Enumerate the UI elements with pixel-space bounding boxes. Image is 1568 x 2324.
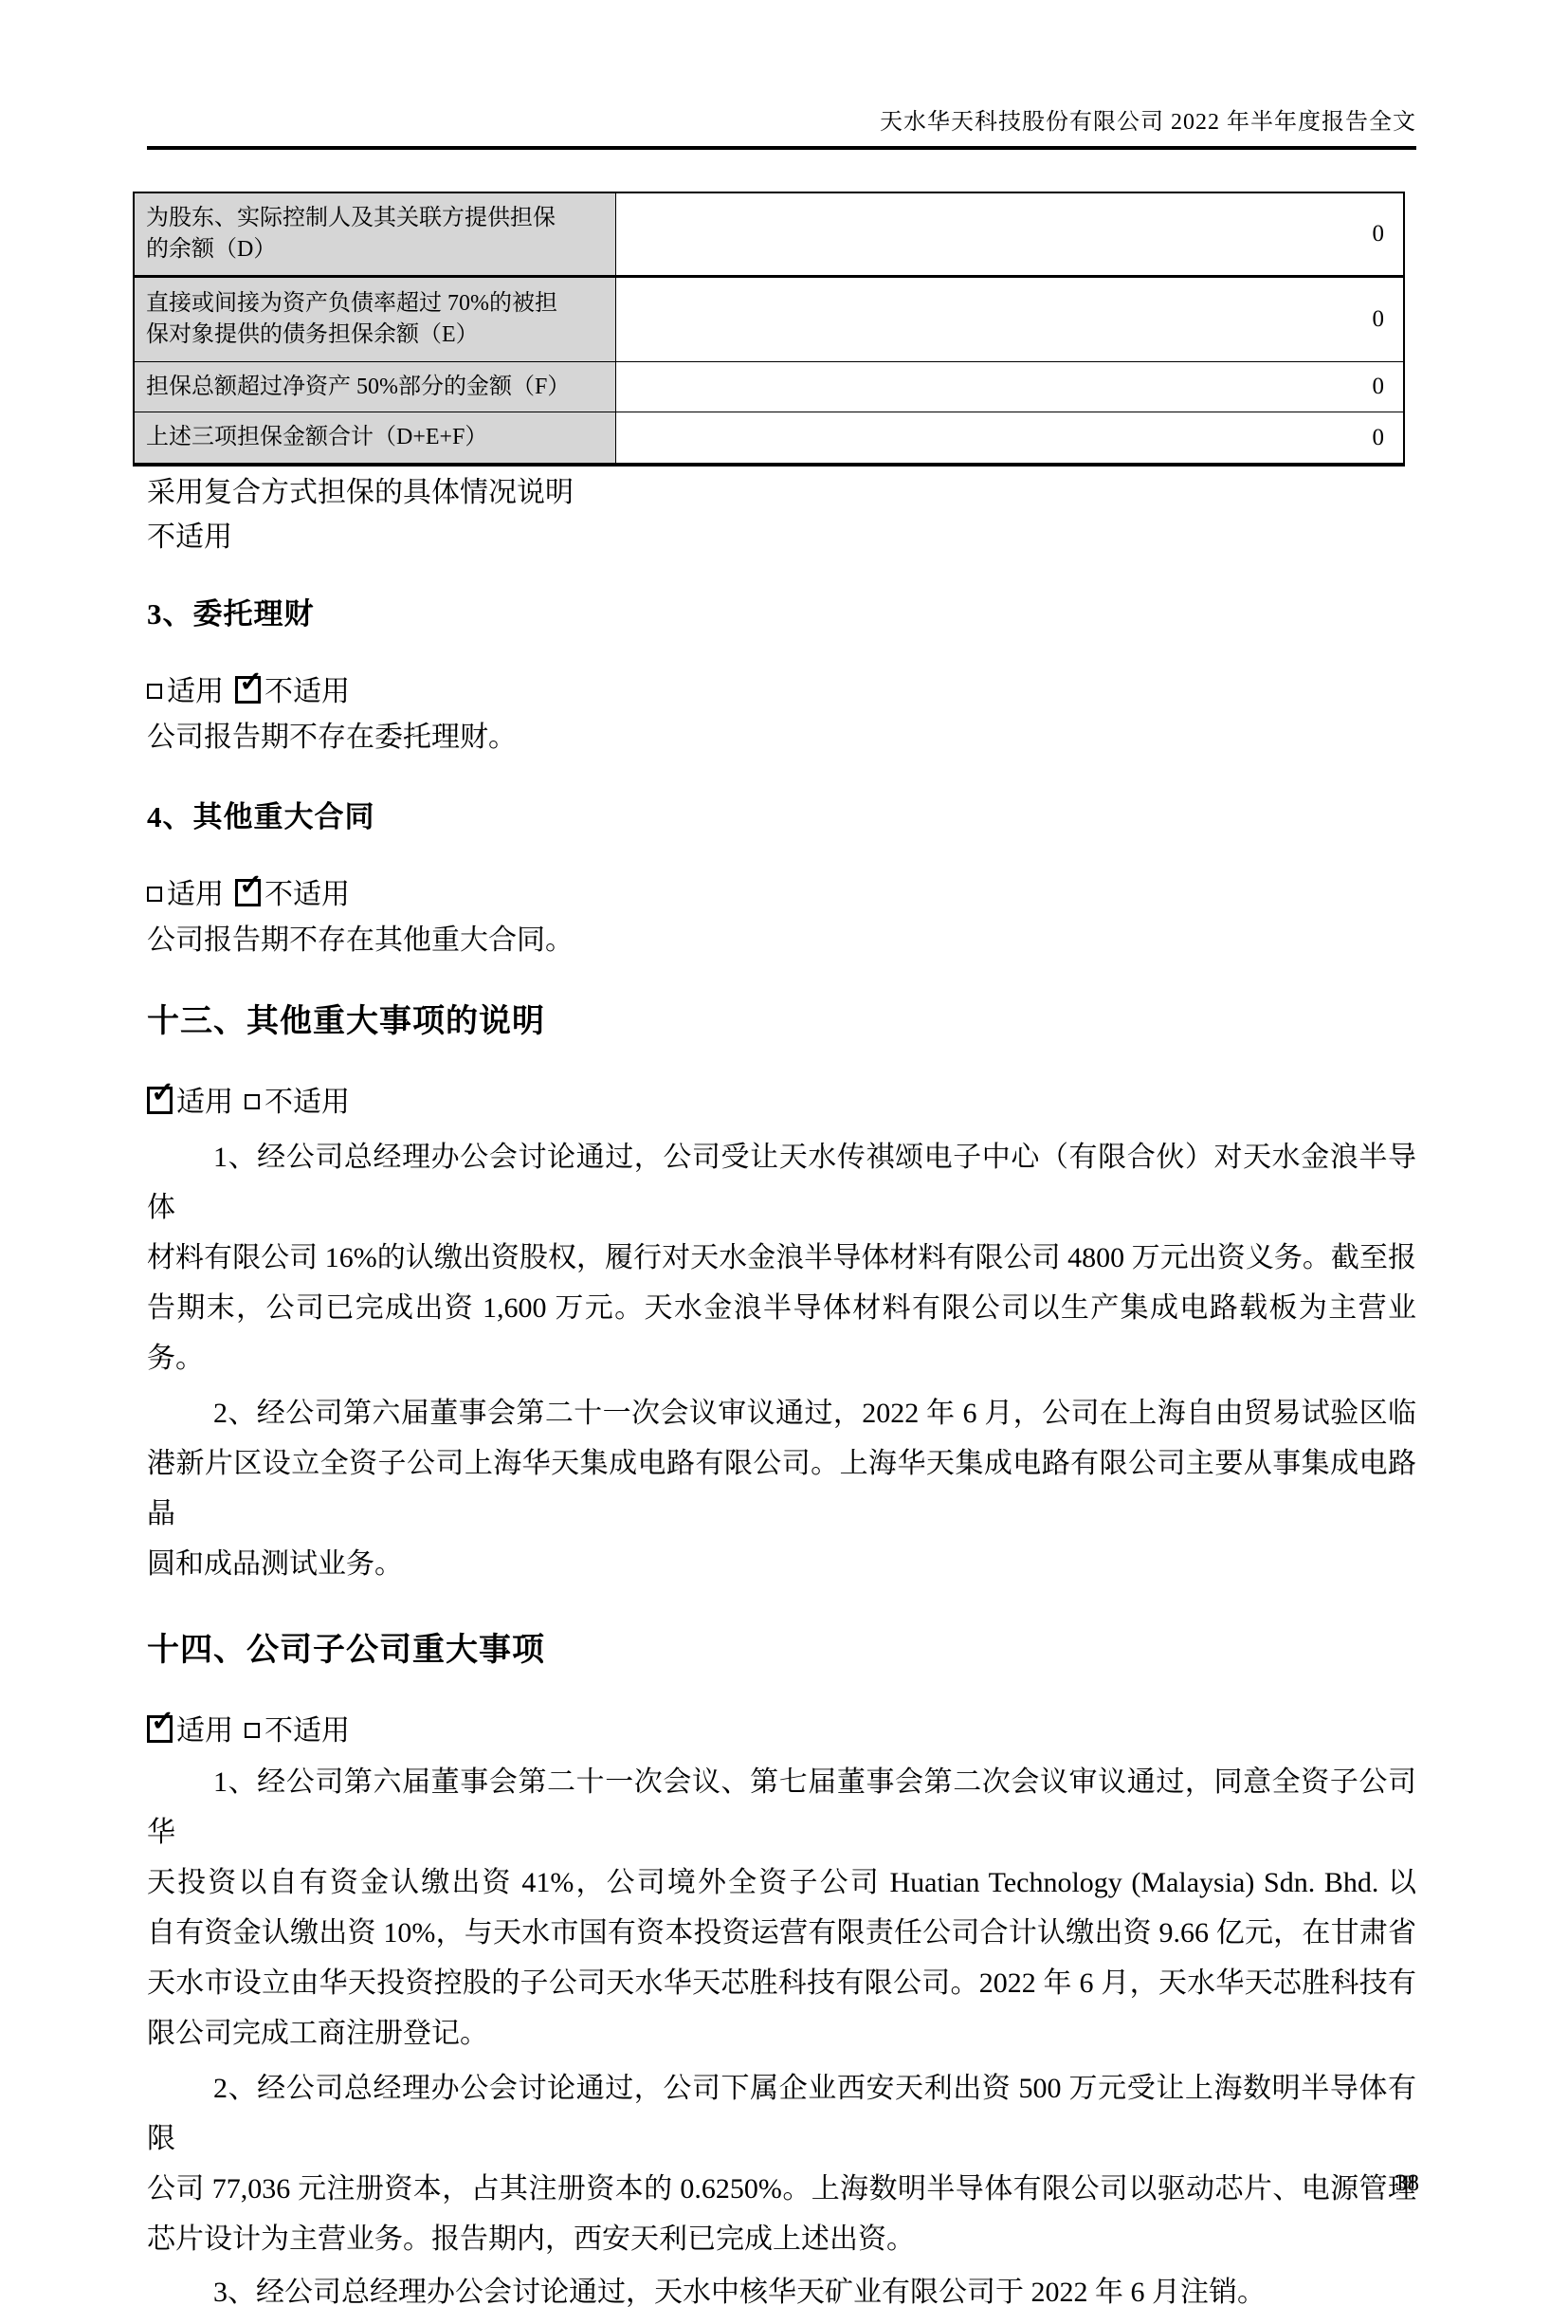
report-header-title: 天水华天科技股份有限公司 2022 年半年度报告全文 [147,106,1416,138]
table-row: 担保总额超过净资产 50%部分的金额（F） 0 [134,362,1404,412]
not-applicable-label: 不适用 [264,1715,350,1747]
paragraph-line: 自有资金认缴出资 10%，与天水市国有资本投资运营有限责任公司合计认缴出资 9.… [147,1908,1416,1958]
check-mark-icon: ✓ [151,1708,174,1736]
row-value: 0 [616,362,1405,412]
applicability-row: ✓适用不适用 [147,1080,1416,1125]
row-value: 0 [616,412,1405,466]
section-heading-entrusted-finance: 3、委托理财 [147,595,1416,633]
not-applicable-label: 不适用 [264,1087,350,1118]
section-body-text: 公司报告期不存在委托理财。 [147,715,1416,760]
section-heading-subsidiary-major-matters: 十四、公司子公司重大事项 [147,1630,1416,1672]
header-rule [147,146,1416,150]
applicability-row: 适用✓不适用 [147,669,1416,715]
check-mark-icon: ✓ [239,871,263,900]
checkbox-checked-icon: ✓ [147,1087,173,1114]
guarantee-table: 为股东、实际控制人及其关联方提供担保 的余额（D） 0 直接或间接为资产负债率超… [133,192,1405,467]
row-label: 直接或间接为资产负债率超过 70%的被担 保对象提供的债务担保余额（E） [134,277,616,362]
applicable-label: 适用 [176,1087,233,1118]
applicable-label: 适用 [167,879,224,910]
section-heading-other-contracts: 4、其他重大合同 [147,798,1416,836]
paragraph-line: 天水市设立由华天投资控股的子公司天水华天芯胜科技有限公司。2022 年 6 月，… [147,1958,1416,2008]
row-value: 0 [616,192,1405,277]
checkbox-unchecked-icon [147,887,162,902]
paragraph-line: 公司 77,036 元注册资本，占其注册资本的 0.6250%。上海数明半导体有… [147,2164,1416,2214]
paragraph: 1、经公司总经理办公会讨论通过，公司受让天水传祺颂电子中心（有限合伙）对天水金浪… [147,1132,1416,1383]
checkbox-checked-icon: ✓ [235,676,261,704]
paragraph-line: 芯片设计为主营业务。报告期内，西安天利已完成上述出资。 [147,2214,1416,2264]
check-mark-icon: ✓ [239,668,263,697]
row-label: 上述三项担保金额合计（D+E+F） [134,412,616,466]
paragraph: 2、经公司总经理办公会讨论通过，公司下属企业西安天利出资 500 万元受让上海数… [147,2063,1416,2264]
applicable-label: 适用 [167,676,224,707]
row-label: 担保总额超过净资产 50%部分的金额（F） [134,362,616,412]
paragraph-line: 2、经公司总经理办公会讨论通过，公司下属企业西安天利出资 500 万元受让上海数… [147,2063,1416,2164]
table-row: 为股东、实际控制人及其关联方提供担保 的余额（D） 0 [134,192,1404,277]
composite-guarantee-note-value: 不适用 [147,515,1416,559]
applicable-label: 适用 [176,1715,233,1747]
checkbox-checked-icon: ✓ [235,879,261,906]
paragraph-line: 1、经公司总经理办公会讨论通过，公司受让天水传祺颂电子中心（有限合伙）对天水金浪… [147,1132,1416,1233]
paragraph-line: 告期末，公司已完成出资 1,600 万元。天水金浪半导体材料有限公司以生产集成电… [147,1283,1416,1383]
paragraph: 2、经公司第六届董事会第二十一次会议审议通过，2022 年 6 月，公司在上海自… [147,1388,1416,1589]
paragraph-line: 2、经公司第六届董事会第二十一次会议审议通过，2022 年 6 月，公司在上海自… [147,1388,1416,1438]
paragraph-line: 圆和成品测试业务。 [147,1539,1416,1589]
report-page: 天水华天科技股份有限公司 2022 年半年度报告全文 为股东、实际控制人及其关联… [0,106,1568,2317]
checkbox-checked-icon: ✓ [147,1715,173,1743]
section-heading-other-major-matters: 十三、其他重大事项的说明 [147,1001,1416,1043]
composite-guarantee-note-label: 采用复合方式担保的具体情况说明 [147,470,1416,515]
not-applicable-label: 不适用 [264,879,350,910]
applicability-row: 适用✓不适用 [147,872,1416,918]
checkbox-unchecked-icon [245,1723,260,1738]
paragraph-line: 港新片区设立全资子公司上海华天集成电路有限公司。上海华天集成电路有限公司主要从事… [147,1438,1416,1539]
section-body-text: 公司报告期不存在其他重大合同。 [147,918,1416,963]
paragraph-line: 限公司完成工商注册登记。 [147,2008,1416,2059]
applicability-row: ✓适用不适用 [147,1709,1416,1754]
checkbox-unchecked-icon [245,1094,260,1109]
table-row: 上述三项担保金额合计（D+E+F） 0 [134,412,1404,466]
row-value: 0 [616,277,1405,362]
checkbox-unchecked-icon [147,684,162,699]
paragraph: 3、经公司总经理办公会讨论通过，天水中核华天矿业有限公司于 2022 年 6 月… [147,2267,1416,2317]
paragraph: 1、经公司第六届董事会第二十一次会议、第七届董事会第二次会议审议通过，同意全资子… [147,1757,1416,2059]
paragraph-line: 3、经公司总经理办公会讨论通过，天水中核华天矿业有限公司于 2022 年 6 月… [147,2267,1416,2317]
paragraph-line: 1、经公司第六届董事会第二十一次会议、第七届董事会第二次会议审议通过，同意全资子… [147,1757,1416,1857]
composite-guarantee-note: 采用复合方式担保的具体情况说明 不适用 [147,470,1416,559]
check-mark-icon: ✓ [151,1079,174,1107]
row-label: 为股东、实际控制人及其关联方提供担保 的余额（D） [134,192,616,277]
not-applicable-label: 不适用 [264,676,350,707]
table-row: 直接或间接为资产负债率超过 70%的被担 保对象提供的债务担保余额（E） 0 [134,277,1404,362]
paragraph-line: 材料有限公司 16%的认缴出资股权，履行对天水金浪半导体材料有限公司 4800 … [147,1233,1416,1283]
page-number: 38 [1395,2169,1419,2198]
paragraph-line: 天投资以自有资金认缴出资 41%，公司境外全资子公司 Huatian Techn… [147,1857,1416,1908]
